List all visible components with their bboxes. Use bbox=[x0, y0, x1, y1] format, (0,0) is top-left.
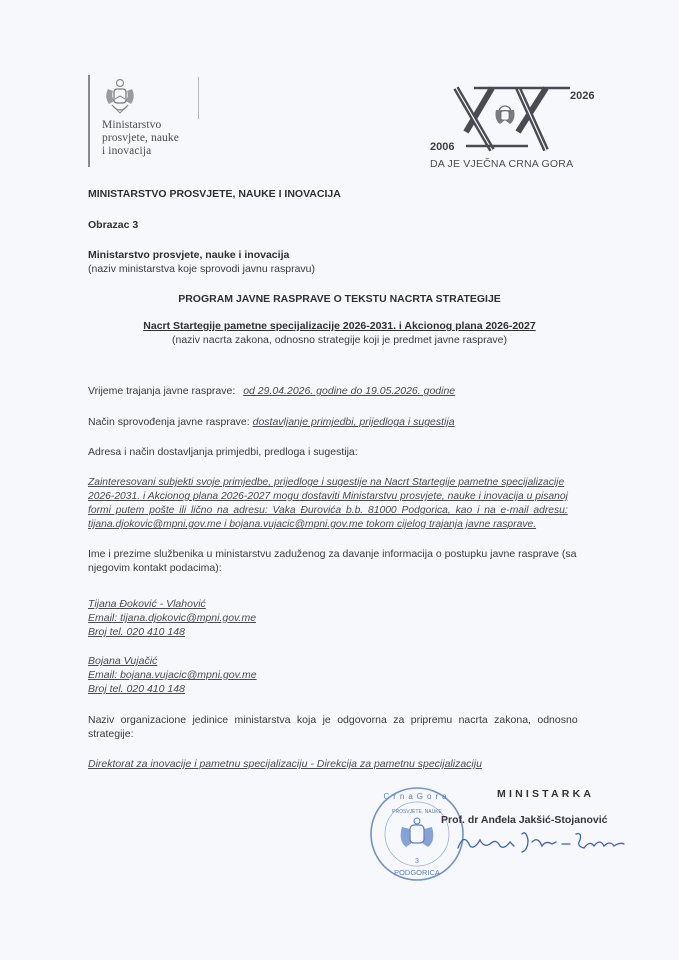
ministry-heading: MINISTARSTVO PROSVJETE, NAUKE I INOVACIJ… bbox=[88, 188, 341, 201]
year-end: 2026 bbox=[570, 90, 594, 102]
officer-label-line-1: Ime i prezime službenika u ministarstvu … bbox=[88, 548, 577, 561]
motto: DA JE VJEČNA CRNA GORA bbox=[430, 158, 573, 170]
method-row: Način sprovođenja javne rasprave: dostav… bbox=[88, 416, 455, 429]
address-label: Adresa i način dostavljanja primjedbi, p… bbox=[88, 446, 358, 459]
method-label: Način sprovođenja javne rasprave: bbox=[88, 416, 250, 428]
unit-label-line-1: Naziv organizacione jedinice ministarstv… bbox=[88, 714, 578, 727]
draft-title-caption: (naziv nacrta zakona, odnosno strategije… bbox=[0, 334, 679, 347]
signature-title: MINISTARKA bbox=[497, 788, 594, 800]
year-start: 2006 bbox=[430, 141, 454, 153]
draft-title: Nacrt Startegije pametne specijalizacije… bbox=[0, 320, 679, 333]
anniversary-logo: 2026 2006 DA JE VJEČNA CRNA GORA bbox=[430, 80, 620, 170]
contact-name: Tijana Đoković - Vlahović bbox=[88, 598, 206, 611]
duration-label: Vrijeme trajanja javne rasprave: bbox=[88, 385, 235, 397]
contact-phone: Broj tel. 020 410 148 bbox=[88, 683, 185, 696]
duration-row: Vrijeme trajanja javne rasprave: od 29.0… bbox=[88, 385, 455, 398]
logo-divider-right bbox=[198, 77, 199, 119]
handwritten-signature-icon bbox=[452, 826, 632, 856]
ministry-logo-text: Ministarstvo prosvjete, nauke i inovacij… bbox=[102, 119, 179, 158]
svg-text:PROSVJETE, NAUKE: PROSVJETE, NAUKE bbox=[392, 809, 442, 815]
method-value: dostavljanje primjedbi, prijedloga i sug… bbox=[253, 416, 455, 428]
ministry-name: Ministarstvo prosvjete, nauke i inovacij… bbox=[88, 249, 289, 262]
svg-text:CrnaGora: CrnaGora bbox=[383, 792, 450, 801]
ministry-name-caption: (naziv ministarstva koje sprovodi javnu … bbox=[88, 263, 315, 276]
ministry-logo: Ministarstvo prosvjete, nauke i inovacij… bbox=[88, 75, 208, 175]
contact-phone: Broj tel. 020 410 148 bbox=[88, 626, 185, 639]
logo-divider bbox=[88, 75, 90, 167]
contact-email[interactable]: Email: tijana.djokovic@mpni.gov.me bbox=[88, 612, 256, 625]
program-title: PROGRAM JAVNE RASPRAVE O TEKSTU NACRTA S… bbox=[0, 293, 679, 306]
svg-text:PODGORICA: PODGORICA bbox=[394, 868, 440, 877]
svg-text:3: 3 bbox=[415, 858, 419, 865]
officer-label-line-2: njegovim kontakt podacima): bbox=[88, 562, 222, 575]
unit-label-line-2: strategije: bbox=[88, 728, 134, 741]
form-label: Obrazac 3 bbox=[88, 219, 138, 232]
unit-value: Direktorat za inovacije i pametnu specij… bbox=[88, 758, 482, 771]
duration-value: od 29.04.2026. godine do 19.05.2026. god… bbox=[243, 385, 455, 397]
contact-name: Bojana Vujačić bbox=[88, 655, 157, 668]
signer-name: Prof. dr Anđela Jakšić-Stojanović bbox=[441, 814, 608, 826]
document-page: Ministarstvo prosvjete, nauke i inovacij… bbox=[0, 0, 679, 960]
coat-of-arms-icon bbox=[102, 77, 138, 117]
contact-email[interactable]: Email: bojana.vujacic@mpni.gov.me bbox=[88, 669, 257, 682]
